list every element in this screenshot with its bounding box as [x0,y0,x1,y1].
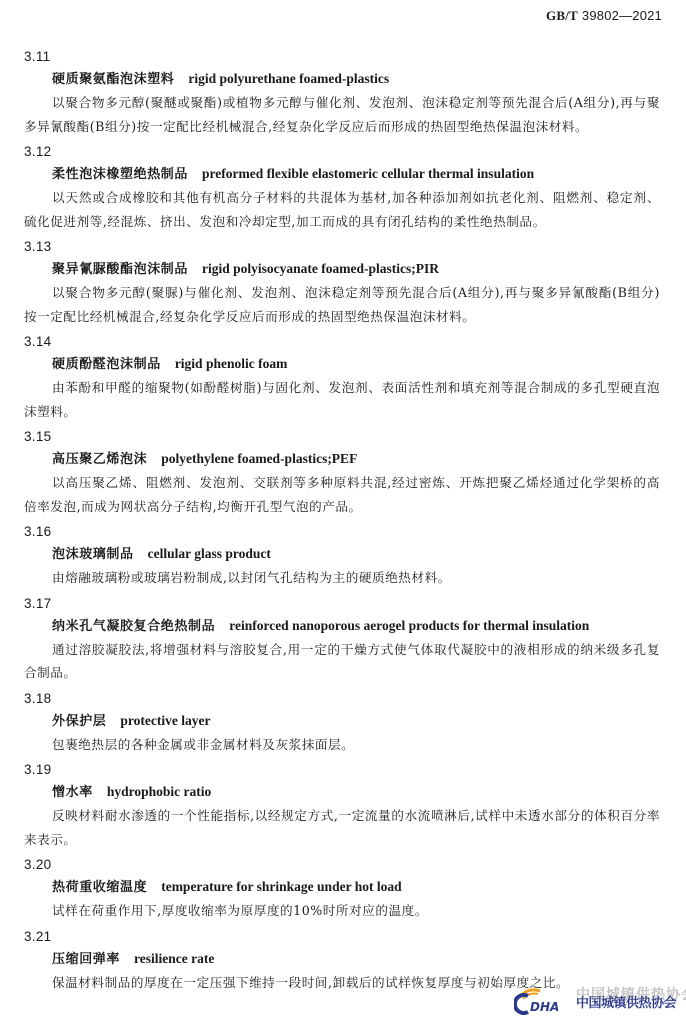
clause-3-11: 3.11 硬质聚氨酯泡沫塑料rigid polyurethane foamed-… [24,45,660,138]
clause-3-20: 3.20 热荷重收缩温度temperature for shrinkage un… [24,853,660,923]
clause-3-17: 3.17 纳米孔气凝胶复合绝热制品reinforced nanoporous a… [24,592,660,685]
term-definition: 以天然或合成橡胶和其他有机高分子材料的共混体为基材,加各种添加剂如抗老化剂、阻燃… [24,186,660,233]
term-heading: 热荷重收缩温度temperature for shrinkage under h… [24,875,660,899]
term-zh: 憎水率 [52,785,93,800]
term-heading: 硬质酚醛泡沫制品rigid phenolic foam [24,352,660,376]
term-heading: 外保护层protective layer [24,709,660,733]
clause-number: 3.11 [24,45,660,67]
clause-3-19: 3.19 憎水率hydrophobic ratio 反映材料耐水渗透的一个性能指… [24,758,660,851]
term-definition: 以聚合物多元醇(聚脲)与催化剂、发泡剂、泡沫稳定剂等预先混合后(A组分),再与聚… [24,281,660,328]
term-definition: 试样在荷重作用下,厚度收缩率为原厚度的10%时所对应的温度。 [24,899,660,923]
term-en: hydrophobic ratio [107,784,211,799]
term-zh: 柔性泡沫橡塑绝热制品 [52,167,188,182]
clause-3-12: 3.12 柔性泡沫橡塑绝热制品preformed flexible elasto… [24,140,660,233]
association-watermark: DHA 中国城镇供热协会 中国城镇供热协会 [514,986,676,1016]
clause-number: 3.18 [24,687,660,709]
term-zh: 热荷重收缩温度 [52,880,147,895]
term-definition: 以高压聚乙烯、阻燃剂、发泡剂、交联剂等多种原料共混,经过密炼、开炼把聚乙烯烃通过… [24,471,660,518]
term-zh: 泡沫玻璃制品 [52,547,134,562]
standard-prefix: GB/T [546,8,578,23]
clause-3-15: 3.15 高压聚乙烯泡沫polyethylene foamed-plastics… [24,425,660,518]
clause-3-14: 3.14 硬质酚醛泡沫制品rigid phenolic foam 由苯酚和甲醛的… [24,330,660,423]
clause-number: 3.15 [24,425,660,447]
term-en: resilience rate [134,951,214,966]
clause-number: 3.14 [24,330,660,352]
term-definition: 反映材料耐水渗透的一个性能指标,以经规定方式,一定流量的水流喷淋后,试样中未透水… [24,804,660,851]
clause-number: 3.20 [24,853,660,875]
term-en: preformed flexible elastomeric cellular … [202,166,534,181]
term-heading: 压缩回弹率resilience rate [24,947,660,971]
term-definition: 包裹绝热层的各种金属或非金属材料及灰浆抹面层。 [24,733,660,757]
term-en: rigid polyurethane foamed-plastics [188,71,389,86]
term-zh: 聚异氰脲酸酯泡沫制品 [52,262,188,277]
term-heading: 硬质聚氨酯泡沫塑料rigid polyurethane foamed-plast… [24,67,660,91]
term-en: temperature for shrinkage under hot load [161,879,401,894]
term-en: rigid phenolic foam [175,356,288,371]
term-zh: 高压聚乙烯泡沫 [52,452,147,467]
term-definition: 由熔融玻璃粉或玻璃岩粉制成,以封闭气孔结构为主的硬质绝热材料。 [24,566,660,590]
cdha-logo-graphic: DHA [514,987,576,1015]
term-definition: 由苯酚和甲醛的缩聚物(如酚醛树脂)与固化剂、发泡剂、表面活性剂和填充剂等混合制成… [24,376,660,423]
association-name: 中国城镇供热协会 中国城镇供热协会 [576,992,676,1011]
term-heading: 聚异氰脲酸酯泡沫制品rigid polyisocyanate foamed-pl… [24,257,660,281]
term-definition: 以聚合物多元醇(聚醚或聚酯)或植物多元醇与催化剂、发泡剂、泡沫稳定剂等预先混合后… [24,91,660,138]
term-en: polyethylene foamed-plastics;PEF [161,451,357,466]
clause-3-21: 3.21 压缩回弹率resilience rate 保温材料制品的厚度在一定压强… [24,925,660,995]
svg-text:DHA: DHA [530,1000,559,1014]
standard-code-header: GB/T39802—2021 [546,8,662,24]
clause-number: 3.21 [24,925,660,947]
term-heading: 高压聚乙烯泡沫polyethylene foamed-plastics;PEF [24,447,660,471]
term-heading: 纳米孔气凝胶复合绝热制品reinforced nanoporous aeroge… [24,614,660,638]
term-en: cellular glass product [148,546,271,561]
term-en: protective layer [120,713,210,728]
term-heading: 憎水率hydrophobic ratio [24,780,660,804]
term-zh: 硬质聚氨酯泡沫塑料 [52,72,174,87]
term-en: reinforced nanoporous aerogel products f… [229,618,589,633]
clause-list: 3.11 硬质聚氨酯泡沫塑料rigid polyurethane foamed-… [24,45,660,996]
association-name-ghost: 中国城镇供热协会 [576,984,686,1004]
term-zh: 纳米孔气凝胶复合绝热制品 [52,619,215,634]
term-definition: 通过溶胶凝胶法,将增强材料与溶胶复合,用一定的干燥方式使气体取代凝胶中的液相形成… [24,638,660,685]
clause-number: 3.12 [24,140,660,162]
cdha-logo-icon: DHA [514,987,576,1015]
clause-3-13: 3.13 聚异氰脲酸酯泡沫制品rigid polyisocyanate foam… [24,235,660,328]
document-page: GB/T39802—2021 3.11 硬质聚氨酯泡沫塑料rigid polyu… [0,0,686,1029]
term-zh: 压缩回弹率 [52,952,120,967]
term-zh: 硬质酚醛泡沫制品 [52,357,161,372]
clause-3-16: 3.16 泡沫玻璃制品cellular glass product 由熔融玻璃粉… [24,520,660,590]
term-en: rigid polyisocyanate foamed-plastics;PIR [202,261,439,276]
clause-number: 3.17 [24,592,660,614]
term-heading: 柔性泡沫橡塑绝热制品preformed flexible elastomeric… [24,162,660,186]
standard-number: 39802—2021 [582,8,662,23]
clause-number: 3.19 [24,758,660,780]
clause-3-18: 3.18 外保护层protective layer 包裹绝热层的各种金属或非金属… [24,687,660,757]
clause-number: 3.16 [24,520,660,542]
clause-number: 3.13 [24,235,660,257]
term-heading: 泡沫玻璃制品cellular glass product [24,542,660,566]
term-zh: 外保护层 [52,714,106,729]
